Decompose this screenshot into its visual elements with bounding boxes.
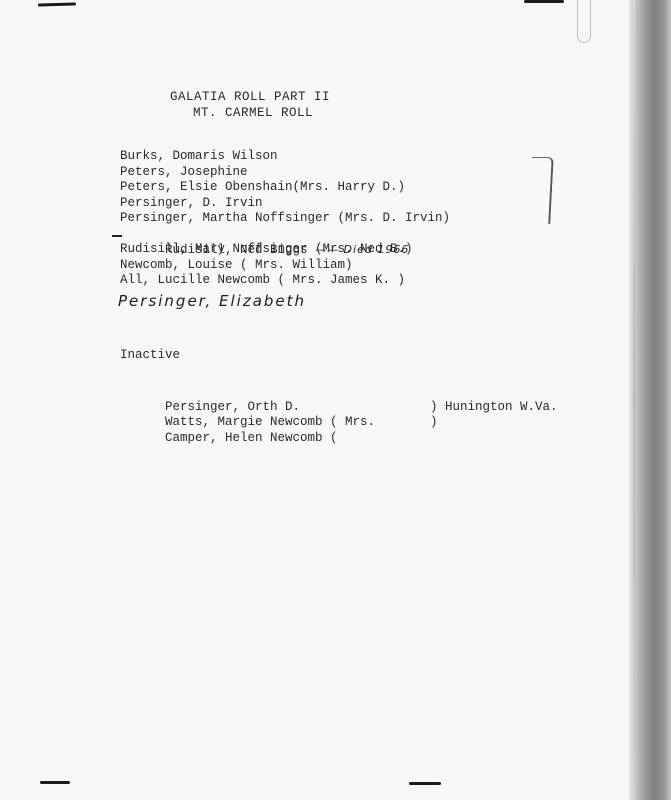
- inactive-entry: Camper, Helen Newcomb ( ): [120, 415, 375, 431]
- inactive-entry-location: ) Hunington W.Va.: [430, 400, 558, 416]
- roll-entry: Persinger, Martha Noffsinger (Mrs. D. Ir…: [120, 211, 450, 227]
- scanned-page: GALATIA ROLL PART II MT. CARMEL ROLL Bur…: [0, 0, 671, 800]
- roll-entry: Burks, Domaris Wilson: [120, 149, 450, 165]
- roll-entry-marked: Rudisill, Ned Biggs —— Died 1966: [120, 227, 450, 243]
- corner-mark-bottom-left: [40, 781, 70, 784]
- roll-entry: Rudisill, Mary Noffsinger (Mrs. Ned B.): [120, 242, 450, 258]
- document-subtitle: MT. CARMEL ROLL: [193, 106, 313, 120]
- roll-entry: Peters, Elsie Obenshain(Mrs. Harry D.): [120, 180, 450, 196]
- page-edge-shadow: [629, 0, 671, 800]
- inactive-entry-paren: ): [430, 415, 438, 431]
- handwritten-entry: Persinger, Elizabeth: [118, 292, 306, 311]
- roll-entry: All, Lucille Newcomb ( Mrs. James K. ): [120, 273, 450, 289]
- inactive-entry: Watts, Margie Newcomb ( Mrs. ) Hunington…: [120, 400, 375, 416]
- inactive-entry: Persinger, Orth D.: [120, 384, 375, 400]
- corner-mark-bottom-right: [409, 782, 441, 785]
- handwritten-bracket: [528, 157, 554, 224]
- inactive-heading: Inactive: [120, 348, 180, 362]
- inactive-roll-list: Persinger, Orth D. Watts, Margie Newcomb…: [120, 384, 375, 431]
- active-roll-list: Burks, Domaris Wilson Peters, Josephine …: [120, 149, 450, 289]
- document-title: GALATIA ROLL PART II: [170, 90, 330, 104]
- paper-clip-mark: [577, 0, 591, 43]
- roll-entry: Newcomb, Louise ( Mrs. William): [120, 258, 450, 274]
- page-edge-line: [633, 0, 635, 800]
- margin-dash-mark: [112, 235, 122, 237]
- corner-mark-top-left: [38, 3, 76, 7]
- roll-entry: Persinger, D. Irvin: [120, 196, 450, 212]
- roll-entry: Peters, Josephine: [120, 165, 450, 181]
- corner-mark-top-right: [524, 0, 564, 3]
